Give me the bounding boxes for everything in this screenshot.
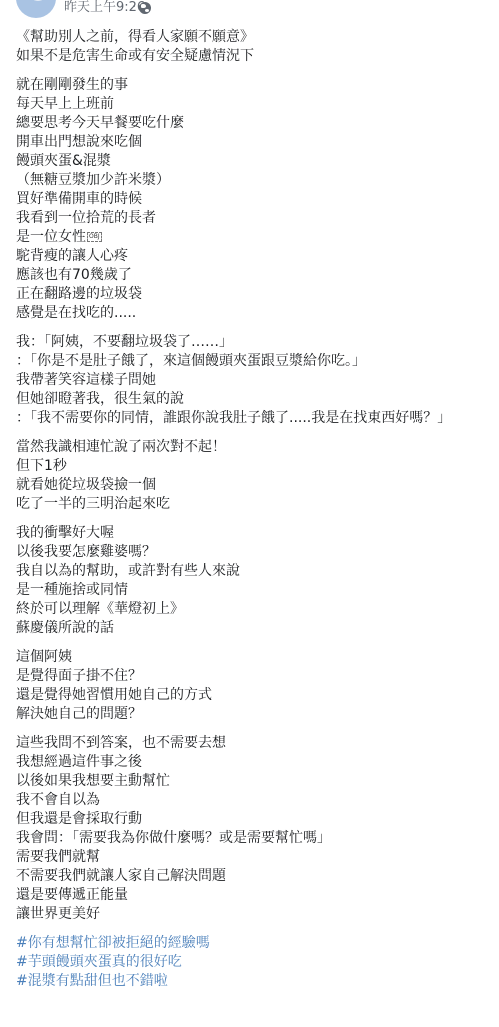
- post-body: 《幫助別人之前，得看人家願不願意》 如果不是危害生命或有安全疑慮情況下 就在剛剛…: [16, 28, 491, 991]
- post-line: 以後如果我想要主動幫忙: [16, 772, 491, 791]
- hashtag-link[interactable]: #你有想幫忙卻被拒絕的經驗嗎: [16, 934, 491, 953]
- post-line: 但我還是會採取行動: [16, 810, 491, 829]
- post-paragraph: 當然我識相連忙說了兩次對不起！ 但下1秒 就看她從垃圾袋撿一個 吃了一半的三明治…: [16, 438, 491, 514]
- post-paragraph: 《幫助別人之前，得看人家願不願意》 如果不是危害生命或有安全疑慮情況下: [16, 28, 491, 66]
- post-line: 是一位女性OBJ: [16, 228, 491, 247]
- post-line: ：「你是不是肚子餓了，來這個饅頭夾蛋跟豆漿給你吃。」: [16, 352, 491, 371]
- post-paragraph: 就在剛剛發生的事 每天早上上班前 總要思考今天早餐要吃什麼 開車出門想說來吃個 …: [16, 76, 491, 323]
- post-line: 終於可以理解《華燈初上》: [16, 600, 491, 619]
- post-line: ：「我不需要你的同情，誰跟你說我肚子餓了.....我是在找東西好嗎？」: [16, 409, 491, 428]
- post-line: 吃了一半的三明治起來吃: [16, 495, 491, 514]
- post-line: 讓世界更美好: [16, 905, 491, 924]
- post-line: 還是覺得她習慣用她自己的方式: [16, 686, 491, 705]
- post-line: 總要思考今天早餐要吃什麼: [16, 114, 491, 133]
- post-line: 是一種施捨或同情: [16, 581, 491, 600]
- post-line: 以後我要怎麼雞婆嗎？: [16, 543, 491, 562]
- post-line: 需要我們就幫: [16, 848, 491, 867]
- post-line: （無糖豆漿加少許米漿）: [16, 171, 491, 190]
- post-paragraph: 這些我問不到答案，也不需要去想 我想經過這件事之後 以後如果我想要主動幫忙 我不…: [16, 734, 491, 924]
- post-line: 買好準備開車的時候: [16, 190, 491, 209]
- globe-icon[interactable]: [139, 2, 151, 14]
- post-line: 但下1秒: [16, 457, 491, 476]
- post-line: 但她卻瞪著我，很生氣的說: [16, 390, 491, 409]
- post-line: 我會問：「需要我為你做什麼嗎？或是需要幫忙嗎」: [16, 829, 491, 848]
- post-line: 我看到一位拾荒的長者: [16, 209, 491, 228]
- missing-emoji-icon: OBJ: [87, 232, 102, 242]
- post-line: 我的衝擊好大喔: [16, 524, 491, 543]
- post-line: 應該也有70幾歲了: [16, 266, 491, 285]
- hashtag-list: #你有想幫忙卻被拒絕的經驗嗎 #芋頭饅頭夾蛋真的很好吃 #混漿有點甜但也不錯啦: [16, 934, 491, 991]
- post-line: 我帶著笑容這樣子問她: [16, 371, 491, 390]
- post-line: 我自以為的幫助，或許對有些人來說: [16, 562, 491, 581]
- post-line: 就在剛剛發生的事: [16, 76, 491, 95]
- post-paragraph: 我的衝擊好大喔 以後我要怎麼雞婆嗎？ 我自以為的幫助，或許對有些人來說 是一種施…: [16, 524, 491, 638]
- hashtag-link[interactable]: #芋頭饅頭夾蛋真的很好吃: [16, 953, 491, 972]
- post-line: 我想經過這件事之後: [16, 753, 491, 772]
- post-line: 開車出門想說來吃個: [16, 133, 491, 152]
- post-title: 《幫助別人之前，得看人家願不願意》: [16, 28, 491, 47]
- post-paragraph: 我：「阿姨，不要翻垃圾袋了……」 ：「你是不是肚子餓了，來這個饅頭夾蛋跟豆漿給你…: [16, 333, 491, 428]
- post-line: 饅頭夾蛋&混漿: [16, 152, 491, 171]
- post-line: 蘇慶儀所說的話: [16, 619, 491, 638]
- post-line: 這個阿姨: [16, 648, 491, 667]
- post-line: 如果不是危害生命或有安全疑慮情況下: [16, 47, 491, 66]
- post-line: 就看她從垃圾袋撿一個: [16, 476, 491, 495]
- hashtag-link[interactable]: #混漿有點甜但也不錯啦: [16, 972, 491, 991]
- post-line: 是覺得面子掛不住？: [16, 667, 491, 686]
- post-line: 還是要傳遞正能量: [16, 886, 491, 905]
- post-line: 不需要我們就讓人家自己解決問題: [16, 867, 491, 886]
- post-line: 當然我識相連忙說了兩次對不起！: [16, 438, 491, 457]
- avatar[interactable]: [16, 0, 56, 18]
- meta-separator: ·: [132, 0, 136, 16]
- post-line: 感覺是在找吃的.....: [16, 304, 491, 323]
- post-line: 解決她自己的問題？: [16, 705, 491, 724]
- post-line-text: 是一位女性: [16, 229, 86, 245]
- post-line: 這些我問不到答案，也不需要去想: [16, 734, 491, 753]
- post-header: 昨天上午9:26 ·: [0, 0, 499, 20]
- post-paragraph: 這個阿姨 是覺得面子掛不住？ 還是覺得她習慣用她自己的方式 解決她自己的問題？: [16, 648, 491, 724]
- post-line: 正在翻路邊的垃圾袋: [16, 285, 491, 304]
- post-line: 我不會自以為: [16, 791, 491, 810]
- post-line: 我：「阿姨，不要翻垃圾袋了……」: [16, 333, 491, 352]
- post-line: 駝背瘦的讓人心疼: [16, 247, 491, 266]
- post-line: 每天早上上班前: [16, 95, 491, 114]
